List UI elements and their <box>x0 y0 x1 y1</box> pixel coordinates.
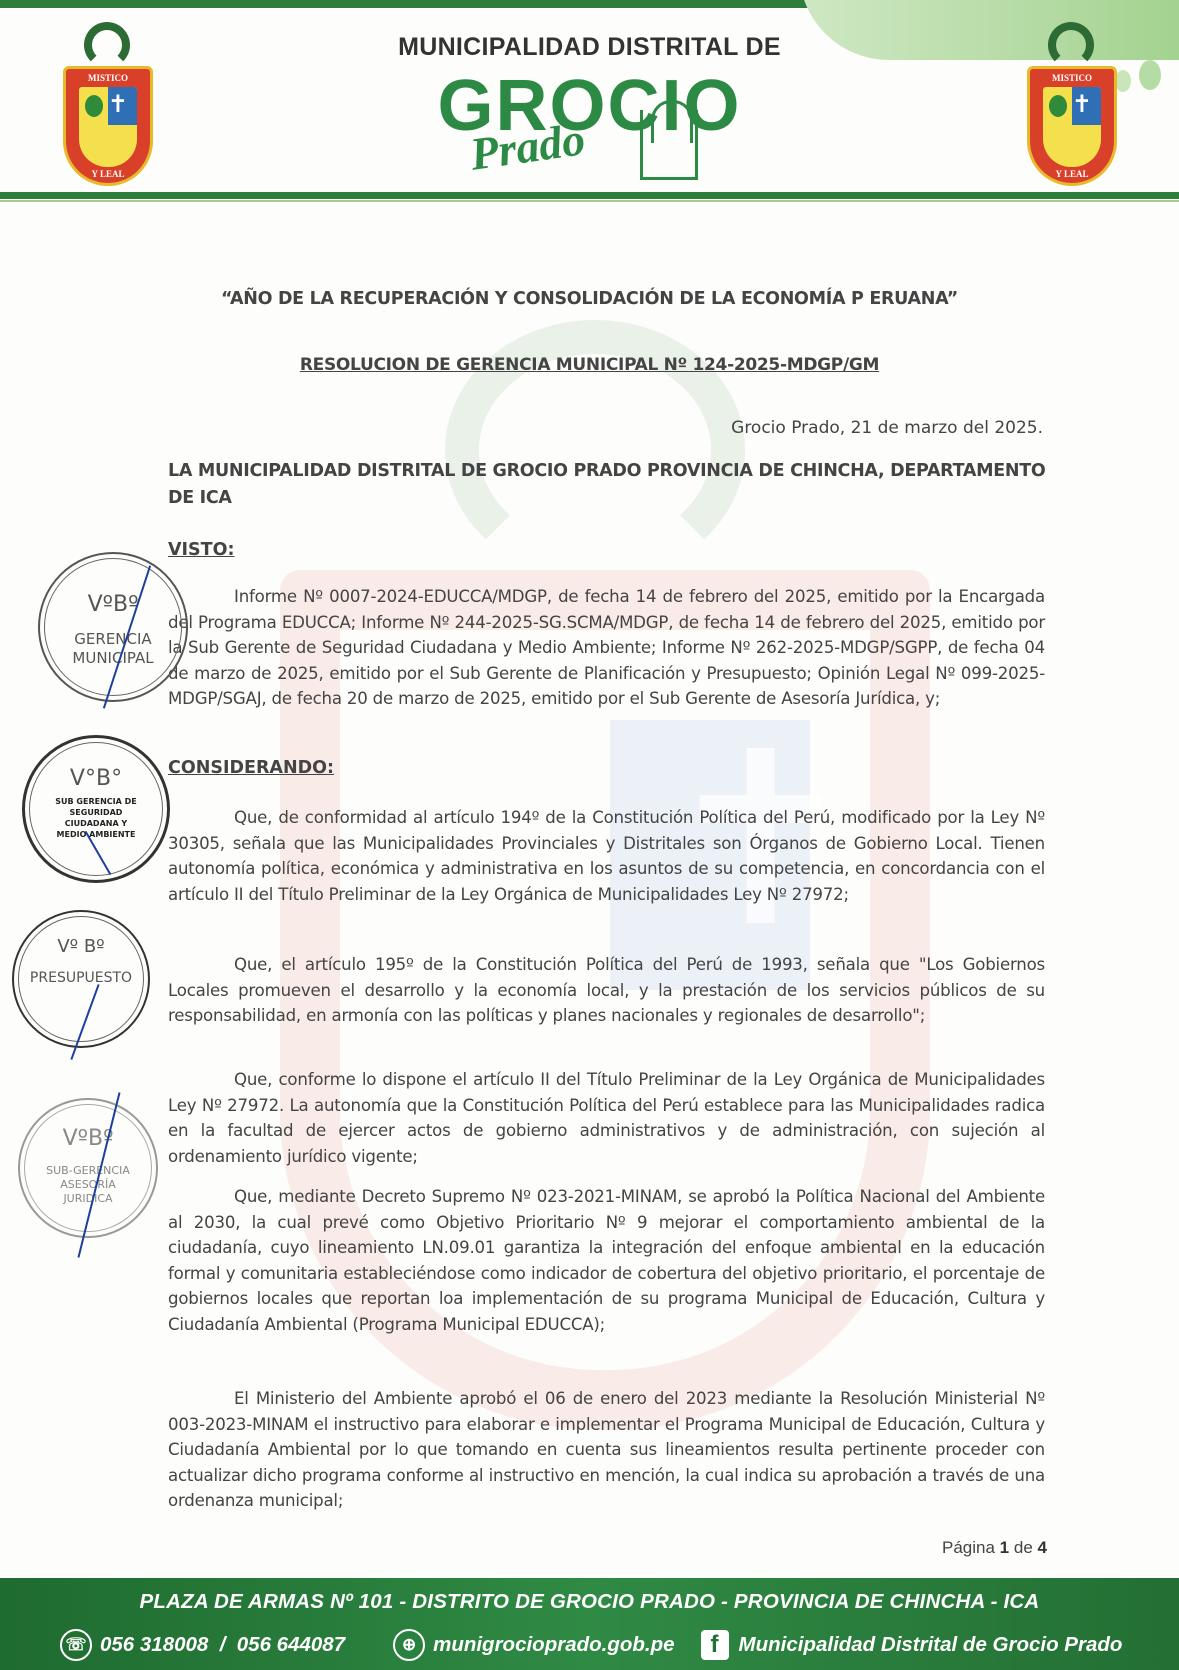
considerando-paragraph: El Ministerio del Ambiente aprobó el 06 … <box>168 1386 1045 1514</box>
stamp-asesoria-juridica: VºBº SUB-GERENCIA ASESORÍA JURIDICA <box>18 1098 158 1238</box>
church-icon <box>640 110 698 180</box>
footer-website[interactable]: munigrocioprado.gob.pe <box>433 1633 674 1657</box>
stamp-gerencia-municipal: VºBº GERENCIA MUNICIPAL <box>38 552 188 702</box>
footer-facebook[interactable]: Municipalidad Distrital de Grocio Prado <box>739 1633 1123 1657</box>
considerando-paragraph: Que, mediante Decreto Supremo Nº 023-202… <box>168 1184 1045 1337</box>
stamp-seguridad-ciudadana: V°B° SUB GERENCIA DE SEGURIDAD CIUDADANA… <box>22 735 170 883</box>
considerando-heading: CONSIDERANDO: <box>168 758 334 778</box>
considerando-paragraph: Que, de conformidad al artículo 194º de … <box>168 805 1045 907</box>
visto-heading: VISTO: <box>168 540 234 560</box>
logo-grocio: GROCIO <box>0 66 1179 146</box>
considerando-paragraph: Que, el artículo 195º de la Constitución… <box>168 952 1045 1029</box>
phone-icon: ☏ <box>60 1629 92 1661</box>
header-divider <box>0 192 1179 199</box>
header-title: MUNICIPALIDAD DISTRITAL DE <box>0 33 1179 62</box>
resolution-title: RESOLUCION DE GERENCIA MUNICIPAL Nº 124-… <box>0 355 1179 375</box>
issuing-entity: LA MUNICIPALIDAD DISTRITAL DE GROCIO PRA… <box>168 458 1048 512</box>
footer-phones: 056 318008 / 056 644087 <box>100 1633 345 1657</box>
stamp-presupuesto: Vº Bº PRESUPUESTO <box>12 910 150 1048</box>
year-motto: “AÑO DE LA RECUPERACIÓN Y CONSOLIDACIÓN … <box>0 289 1179 309</box>
place-date: Grocio Prado, 21 de marzo del 2025. <box>731 418 1043 438</box>
visto-paragraph: Informe Nº 0007-2024-EDUCCA/MDGP, de fec… <box>168 584 1045 712</box>
facebook-icon: f <box>701 1630 729 1660</box>
footer-address: PLAZA DE ARMAS Nº 101 - DISTRITO DE GROC… <box>0 1590 1179 1614</box>
page-number: Página 1 de 4 <box>942 1538 1047 1558</box>
considerando-paragraph: Que, conforme lo dispone el artículo II … <box>168 1067 1045 1169</box>
globe-icon: ⊕ <box>393 1629 425 1661</box>
footer-contacts: ☏ 056 318008 / 056 644087 ⊕ munigrociopr… <box>60 1625 1160 1665</box>
header-divider <box>0 200 1179 202</box>
